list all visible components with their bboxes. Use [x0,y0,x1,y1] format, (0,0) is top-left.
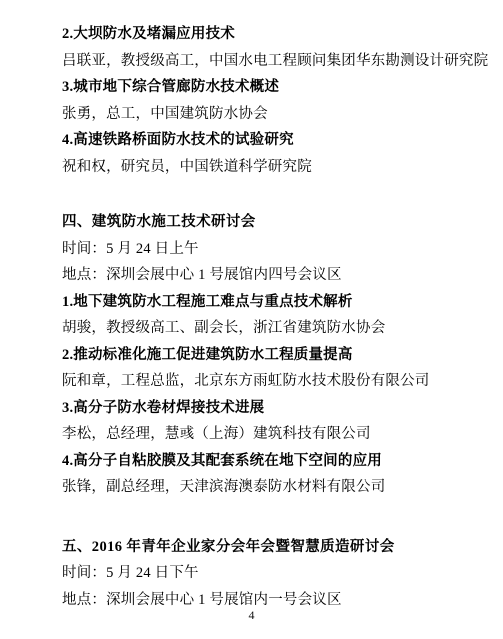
talk-speaker: 张锋，副总经理，天津滨海澳泰防水材料有限公司 [62,474,475,501]
talk-title: 4.高速铁路桥面防水技术的试验研究 [62,127,475,154]
page-number: 4 [0,608,503,622]
talk-speaker: 张勇，总工，中国建筑防水协会 [62,101,475,128]
session-time: 时间：5 月 24 日下午 [62,560,475,587]
section-heading: 四、建筑防水施工技术研讨会 [62,209,475,236]
talk-title: 3.城市地下综合管廊防水技术概述 [62,74,475,101]
section-heading: 五、2016 年青年企业家分会年会暨智慧质造研讨会 [62,534,475,561]
talk-speaker: 吕联亚，教授级高工，中国水电工程顾问集团华东勘测设计研究院 [62,48,475,75]
talk-speaker: 李松，总经理，慧彧（上海）建筑科技有限公司 [62,421,475,448]
talk-speaker: 祝和权，研究员，中国铁道科学研究院 [62,154,475,181]
talk-title: 2.大坝防水及堵漏应用技术 [62,21,475,48]
session-time: 时间：5 月 24 日上午 [62,236,475,263]
document-content: 2.大坝防水及堵漏应用技术 吕联亚，教授级高工，中国水电工程顾问集团华东勘测设计… [62,21,475,613]
talk-title: 1.地下建筑防水工程施工难点与重点技术解析 [62,289,475,316]
talk-title: 4.高分子自粘胶膜及其配套系统在地下空间的应用 [62,448,475,475]
session-venue: 地点：深圳会展中心 1 号展馆内四号会议区 [62,262,475,289]
talk-speaker: 胡骏，教授级高工、副会长，浙江省建筑防水协会 [62,315,475,342]
document-page: 2.大坝防水及堵漏应用技术 吕联亚，教授级高工，中国水电工程顾问集团华东勘测设计… [0,0,503,639]
section-spacer [62,180,475,209]
section-spacer [62,501,475,534]
talk-speaker: 阮和章，工程总监，北京东方雨虹防水技术股份有限公司 [62,368,475,395]
talk-title: 3.高分子防水卷材焊接技术进展 [62,395,475,422]
talk-title: 2.推动标准化施工促进建筑防水工程质量提高 [62,342,475,369]
